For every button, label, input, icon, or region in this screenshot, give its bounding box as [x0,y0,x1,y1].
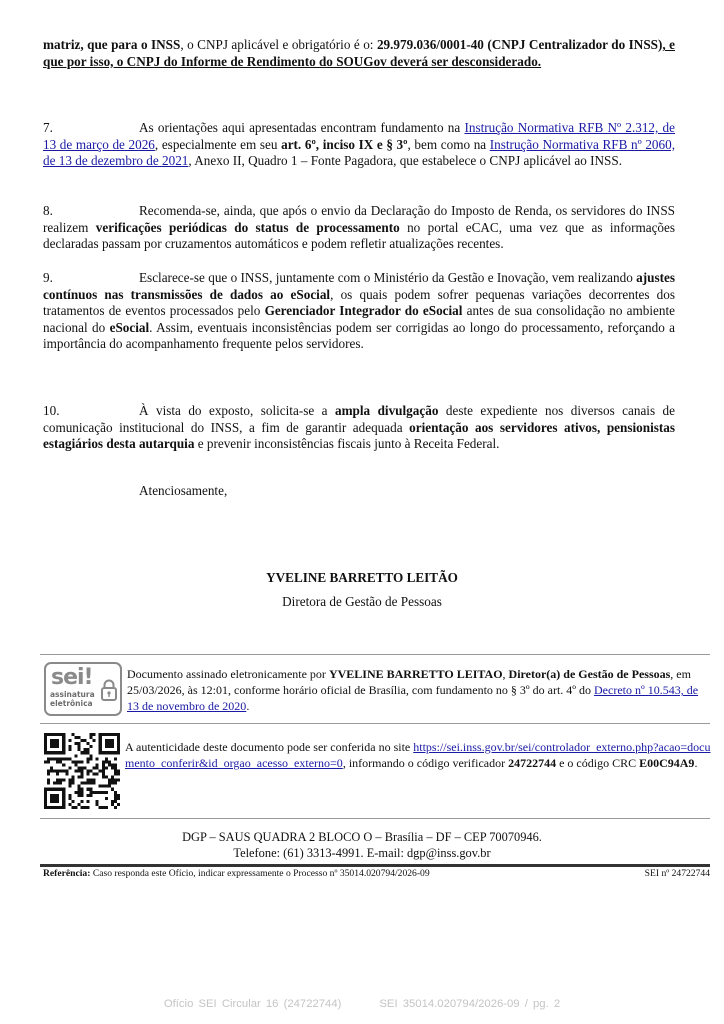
closing-salutation: Atenciosamente, [139,483,227,499]
text: As orientações aqui apresentadas encontr… [139,120,464,135]
text-bold: matriz, que para o INSS [43,37,180,52]
text: , informando o código verificador [343,756,508,770]
sei-badge-caption: assinatura eletrônica [50,690,95,708]
address-line-2: Telefone: (61) 3313-4991. E-mail: dgp@in… [0,846,724,861]
text: e o código CRC [556,756,639,770]
divider [40,654,710,655]
signatory-name: YVELINE BARRETTO LEITÃO [0,570,724,586]
text-bold: Gerenciador Integrador do eSocial [265,303,463,318]
footer-document-id: Ofício SEI Circular 16 (24722744) [164,998,342,1010]
text: Documento assinado eletronicamente por [127,667,329,681]
sei-signature-badge: sei! assinatura eletrônica [44,662,122,716]
paragraph-number: 7. [43,120,139,137]
text-bold: ampla divulgação [335,403,438,418]
divider [40,818,710,819]
text-bold: eSocial [110,320,150,335]
reference-label: Referência: [43,868,90,879]
text-bold: verificações periódicas do status de pro… [96,220,400,235]
text-bold: Diretor(a) de Gestão de Pessoas [509,667,671,681]
text: A autenticidade deste documento pode ser… [125,740,413,754]
text: . [694,756,697,770]
sei-number: SEI nº 24722744 [645,868,710,879]
paragraph-10: 10.À vista do exposto, solicita-se a amp… [43,403,675,453]
badge-line-2: eletrônica [50,699,95,708]
paragraph-7: 7.As orientações aqui apresentadas encon… [43,120,675,170]
document-page: matriz, que para o INSS, o CNPJ aplicáve… [0,0,724,1024]
page-footer: Ofício SEI Circular 16 (24722744)SEI 350… [0,998,724,1010]
paragraph-8: 8.Recomenda-se, ainda, que após o envio … [43,203,675,253]
qr-code-icon [44,733,120,809]
authenticity-text: A autenticidade deste documento pode ser… [125,739,715,772]
text: , Anexo II, Quadro 1 – Fonte Pagadora, q… [188,153,622,168]
verification-code: 24722744 [508,756,556,770]
paragraph-number: 8. [43,203,139,220]
footer-process-page: SEI 35014.020794/2026-09 / pg. 2 [379,998,560,1010]
electronic-signature-text: Documento assinado eletronicamente por Y… [127,666,713,714]
text: . [246,699,249,713]
lock-icon [101,679,117,701]
sei-logo: sei! [51,666,93,690]
paragraph-number: 10. [43,403,139,420]
cnpj-centralizador: 29.979.036/0001-40 (CNPJ Centralizador d… [377,37,662,52]
text: , especialmente em seu [155,137,281,152]
divider [40,723,710,724]
paragraph-6-continuation: matriz, que para o INSS, o CNPJ aplicáve… [43,37,675,70]
text: Esclarece-se que o INSS, juntamente com … [139,270,636,285]
reference-text: Caso responda este Ofício, indicar expre… [90,868,429,879]
badge-line-1: assinatura [50,690,95,699]
text: , o CNPJ aplicável e obrigatório é o: [180,37,377,52]
footer-rule [40,864,710,867]
address-line-1: DGP – SAUS QUADRA 2 BLOCO O – Brasília –… [0,830,724,845]
crc-code: E00C94A9 [639,756,694,770]
text: , bem como na [408,137,490,152]
text-bold: art. 6º, inciso IX e § 3º [281,137,407,152]
signatory-role: Diretora de Gestão de Pessoas [0,594,724,610]
text-bold: YVELINE BARRETTO LEITAO [329,667,503,681]
text: À vista do exposto, solicita-se a [139,403,335,418]
paragraph-9: 9.Esclarece-se que o INSS, juntamente co… [43,270,675,353]
paragraph-number: 9. [43,270,139,287]
reference-note: Referência: Caso responda este Ofício, i… [43,868,430,879]
text: e prevenir inconsistências fiscais junto… [194,436,499,451]
